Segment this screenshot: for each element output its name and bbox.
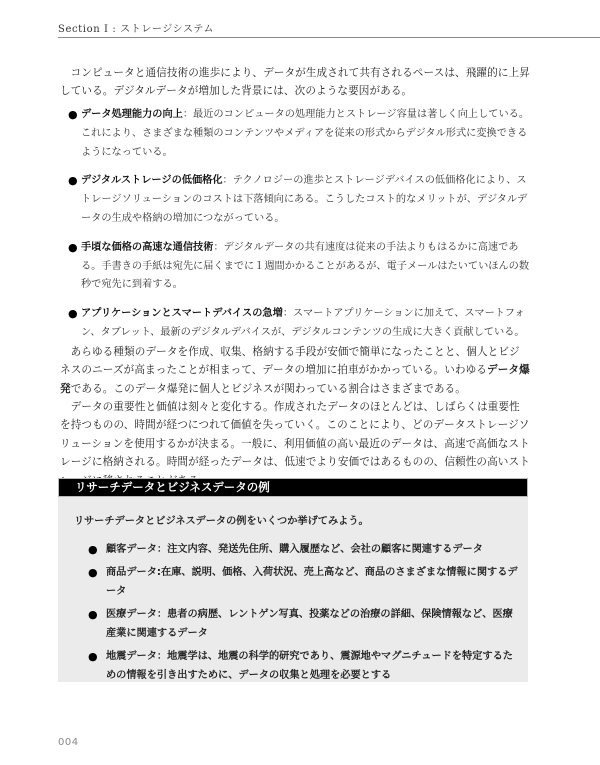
factor-term: アプリケーションとスマートデバイスの急増 <box>81 308 283 319</box>
intro-paragraph: コンピュータと通信技術の進歩により、データが生成されて共有されるペースは、飛躍的… <box>60 64 530 101</box>
callout-list: 顧客データ：注文内容、発送先住所、購入履歴など、会社の顧客に関連するデータ 商品… <box>88 540 518 689</box>
factor-term: デジタルストレージの低価格化 <box>81 175 223 186</box>
running-header: Section Ⅰ : ストレージシステム <box>58 24 600 38</box>
page-number: 004 <box>58 737 79 748</box>
data-value-paragraph: データの重要性と価値は刻々と変化する。作成されたデータのほとんどは、しばらくは重… <box>60 398 530 490</box>
callout-title: リサーチデータとビジネスデータの例 <box>58 478 528 497</box>
callout-list-item: 顧客データ：注文内容、発送先住所、購入履歴など、会社の顧客に関連するデータ <box>88 540 518 560</box>
factor-term: データ処理能力の向上 <box>81 109 183 120</box>
callout-list-item: 地震データ：地震学は、地震の科学的研究であり、震源地やマグニチュードを特定するた… <box>88 647 518 686</box>
callout-intro: リサーチデータとビジネスデータの例をいくつか挙げてみよう。 <box>74 512 369 527</box>
factor-item: 手頃な価格の高速な通信技術：デジタルデータの共有速度は従来の手法よりもはるかに高… <box>68 239 534 295</box>
factor-term: 手頃な価格の高速な通信技術 <box>81 242 213 253</box>
callout-list-item: 医療データ：患者の病歴、レントゲン写真、投薬などの治療の詳細、保険情報など、医療… <box>88 605 518 644</box>
paragraph-text: あらゆる種類のデータを作成、収集、格納する手段が安価で簡単になったことと、個人と… <box>60 346 520 376</box>
callout-list-item: 商品データ:在庫、説明、価格、入荷状況、売上高など、商品のさまざまな情報に関する… <box>88 563 518 602</box>
factor-item: アプリケーションとスマートデバイスの急増：スマートアプリケーションに加えて、スマ… <box>68 305 534 343</box>
factor-item: データ処理能力の向上：最近のコンピュータの処理能力とストレージ容量は著しく向上し… <box>68 106 534 162</box>
paragraph-text: である。このデータ爆発に個人とビジネスが関わっている割合はさまざまである。 <box>71 383 466 395</box>
section-title: Section Ⅰ : ストレージシステム <box>58 24 214 36</box>
factor-item: デジタルストレージの低価格化：テクノロジーの進歩とストレージデバイスの低価格化に… <box>68 172 534 228</box>
factor-list: データ処理能力の向上：最近のコンピュータの処理能力とストレージ容量は著しく向上し… <box>68 106 534 353</box>
examples-callout-box: リサーチデータとビジネスデータの例 リサーチデータとビジネスデータの例をいくつか… <box>58 478 528 682</box>
data-explosion-paragraph: あらゆる種類のデータを作成、収集、格納する手段が安価で簡単になったことと、個人と… <box>60 343 530 398</box>
